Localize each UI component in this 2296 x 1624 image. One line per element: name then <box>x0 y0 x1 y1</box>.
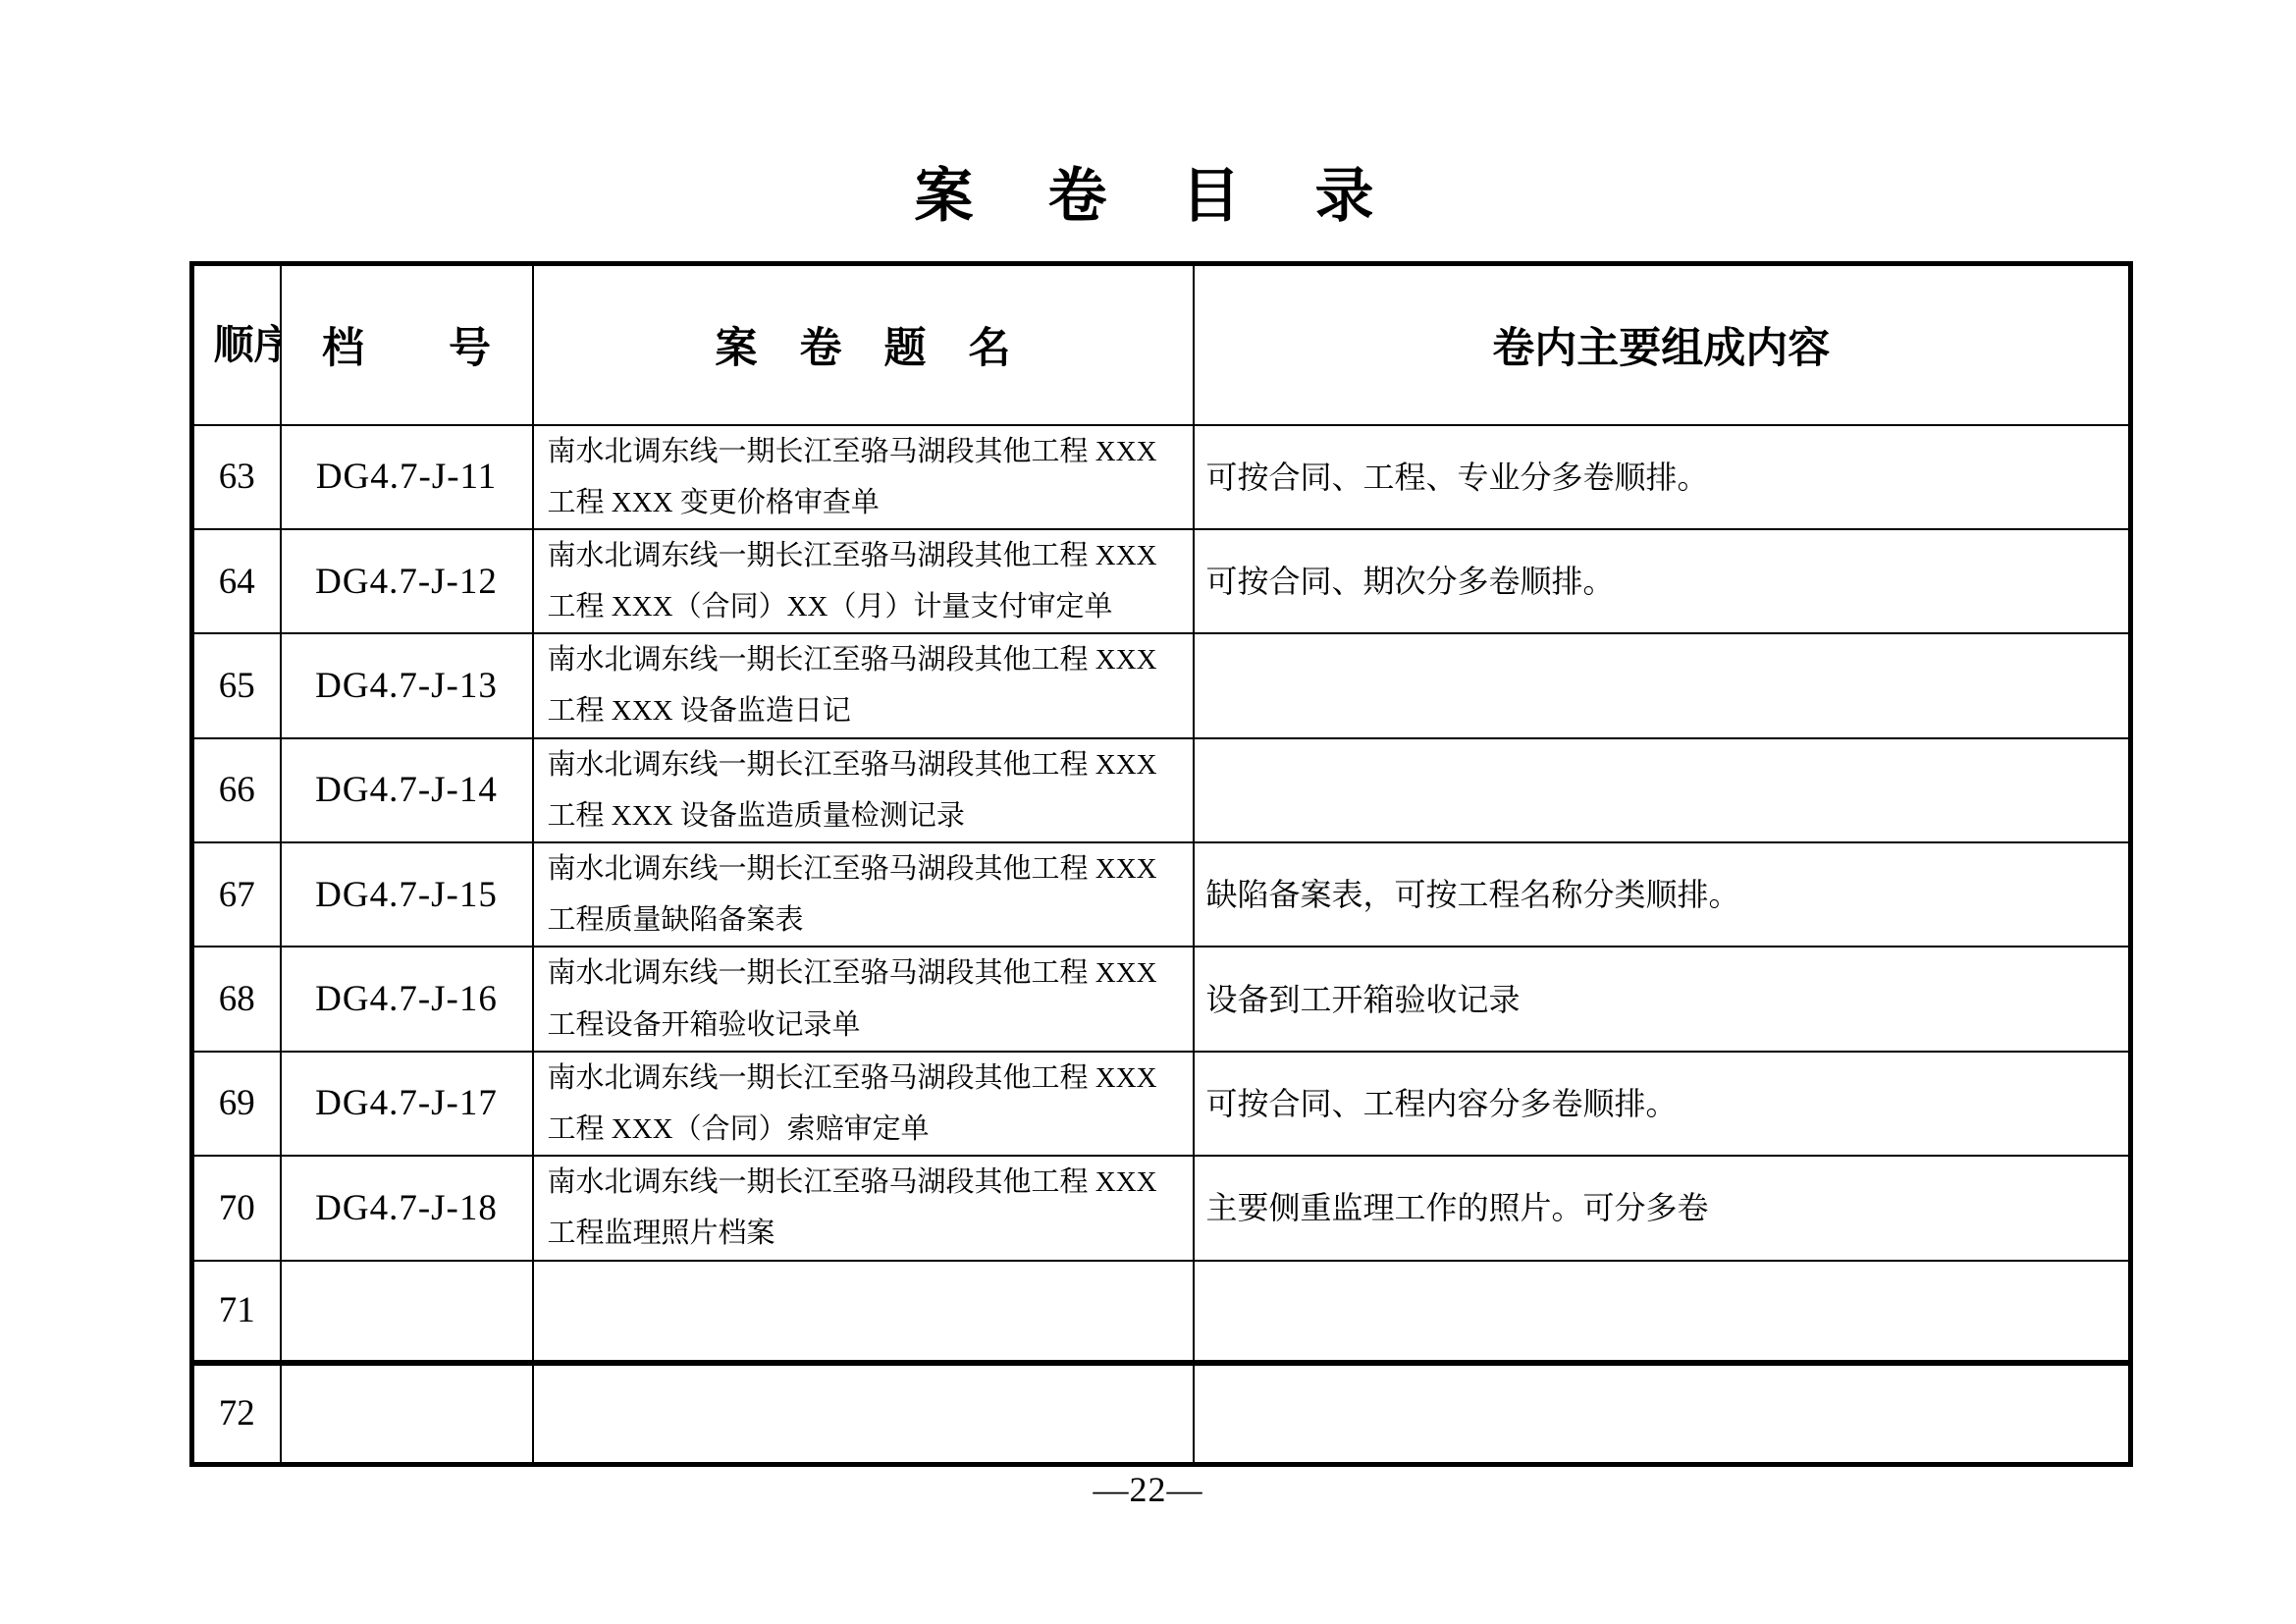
content-cell <box>1194 1363 2131 1465</box>
header-seq: 顺序号 <box>192 264 281 425</box>
table-row: 67 DG4.7-J-15 南水北调东线一期长江至骆马湖段其他工程 XXX 工程… <box>192 842 2131 947</box>
title-cell <box>533 1363 1194 1465</box>
content-cell: 设备到工开箱验收记录 <box>1194 947 2131 1051</box>
title-cell: 南水北调东线一期长江至骆马湖段其他工程 XXX 工程 XXX（合同）索赔审定单 <box>533 1052 1194 1156</box>
seq-cell: 67 <box>192 842 281 947</box>
table-row: 72 <box>192 1363 2131 1465</box>
content-cell: 可按合同、期次分多卷顺排。 <box>1194 529 2131 633</box>
table-row: 69 DG4.7-J-17 南水北调东线一期长江至骆马湖段其他工程 XXX 工程… <box>192 1052 2131 1156</box>
catalog-table: 顺序号 档 号 案 卷 题 名 卷内主要组成内容 63 DG4.7-J-11 南… <box>189 261 2133 1467</box>
file-no-cell: DG4.7-J-13 <box>281 633 533 737</box>
content-cell <box>1194 633 2131 737</box>
header-file-no: 档 号 <box>281 264 533 425</box>
page-number: —22— <box>0 1469 2296 1510</box>
header-title: 案 卷 题 名 <box>533 264 1194 425</box>
seq-cell: 65 <box>192 633 281 737</box>
title-cell <box>533 1261 1194 1363</box>
file-no-cell: DG4.7-J-17 <box>281 1052 533 1156</box>
title-cell: 南水北调东线一期长江至骆马湖段其他工程 XXX 工程质量缺陷备案表 <box>533 842 1194 947</box>
table-row: 65 DG4.7-J-13 南水北调东线一期长江至骆马湖段其他工程 XXX 工程… <box>192 633 2131 737</box>
table-row: 70 DG4.7-J-18 南水北调东线一期长江至骆马湖段其他工程 XXX 工程… <box>192 1156 2131 1260</box>
content-cell: 可按合同、工程内容分多卷顺排。 <box>1194 1052 2131 1156</box>
seq-cell: 64 <box>192 529 281 633</box>
seq-cell: 66 <box>192 738 281 842</box>
seq-cell: 70 <box>192 1156 281 1260</box>
file-no-cell: DG4.7-J-11 <box>281 425 533 529</box>
seq-cell: 69 <box>192 1052 281 1156</box>
title-cell: 南水北调东线一期长江至骆马湖段其他工程 XXX 工程设备开箱验收记录单 <box>533 947 1194 1051</box>
file-no-cell: DG4.7-J-14 <box>281 738 533 842</box>
content-cell <box>1194 1261 2131 1363</box>
title-cell: 南水北调东线一期长江至骆马湖段其他工程 XXX 工程 XXX（合同）XX（月）计… <box>533 529 1194 633</box>
seq-cell: 71 <box>192 1261 281 1363</box>
content-cell <box>1194 738 2131 842</box>
seq-cell: 72 <box>192 1363 281 1465</box>
content-cell: 主要侧重监理工作的照片。可分多卷 <box>1194 1156 2131 1260</box>
content-cell: 可按合同、工程、专业分多卷顺排。 <box>1194 425 2131 529</box>
page-title: 案 卷 目 录 <box>0 149 2296 234</box>
title-cell: 南水北调东线一期长江至骆马湖段其他工程 XXX 工程 XXX 变更价格审查单 <box>533 425 1194 529</box>
table-row: 71 <box>192 1261 2131 1363</box>
table-row: 63 DG4.7-J-11 南水北调东线一期长江至骆马湖段其他工程 XXX 工程… <box>192 425 2131 529</box>
document-page: 案 卷 目 录 顺序号 档 号 案 卷 题 名 卷内主要组成内容 63 DG4.… <box>0 0 2296 1624</box>
table-row: 66 DG4.7-J-14 南水北调东线一期长江至骆马湖段其他工程 XXX 工程… <box>192 738 2131 842</box>
file-no-cell: DG4.7-J-18 <box>281 1156 533 1260</box>
title-cell: 南水北调东线一期长江至骆马湖段其他工程 XXX 工程 XXX 设备监造日记 <box>533 633 1194 737</box>
table-row: 68 DG4.7-J-16 南水北调东线一期长江至骆马湖段其他工程 XXX 工程… <box>192 947 2131 1051</box>
file-no-cell: DG4.7-J-15 <box>281 842 533 947</box>
seq-cell: 68 <box>192 947 281 1051</box>
file-no-cell <box>281 1261 533 1363</box>
table-row: 64 DG4.7-J-12 南水北调东线一期长江至骆马湖段其他工程 XXX 工程… <box>192 529 2131 633</box>
file-no-cell: DG4.7-J-12 <box>281 529 533 633</box>
title-cell: 南水北调东线一期长江至骆马湖段其他工程 XXX 工程 XXX 设备监造质量检测记… <box>533 738 1194 842</box>
title-cell: 南水北调东线一期长江至骆马湖段其他工程 XXX 工程监理照片档案 <box>533 1156 1194 1260</box>
file-no-cell: DG4.7-J-16 <box>281 947 533 1051</box>
seq-cell: 63 <box>192 425 281 529</box>
content-cell: 缺陷备案表，可按工程名称分类顺排。 <box>1194 842 2131 947</box>
header-content: 卷内主要组成内容 <box>1194 264 2131 425</box>
table-header-row: 顺序号 档 号 案 卷 题 名 卷内主要组成内容 <box>192 264 2131 425</box>
file-no-cell <box>281 1363 533 1465</box>
